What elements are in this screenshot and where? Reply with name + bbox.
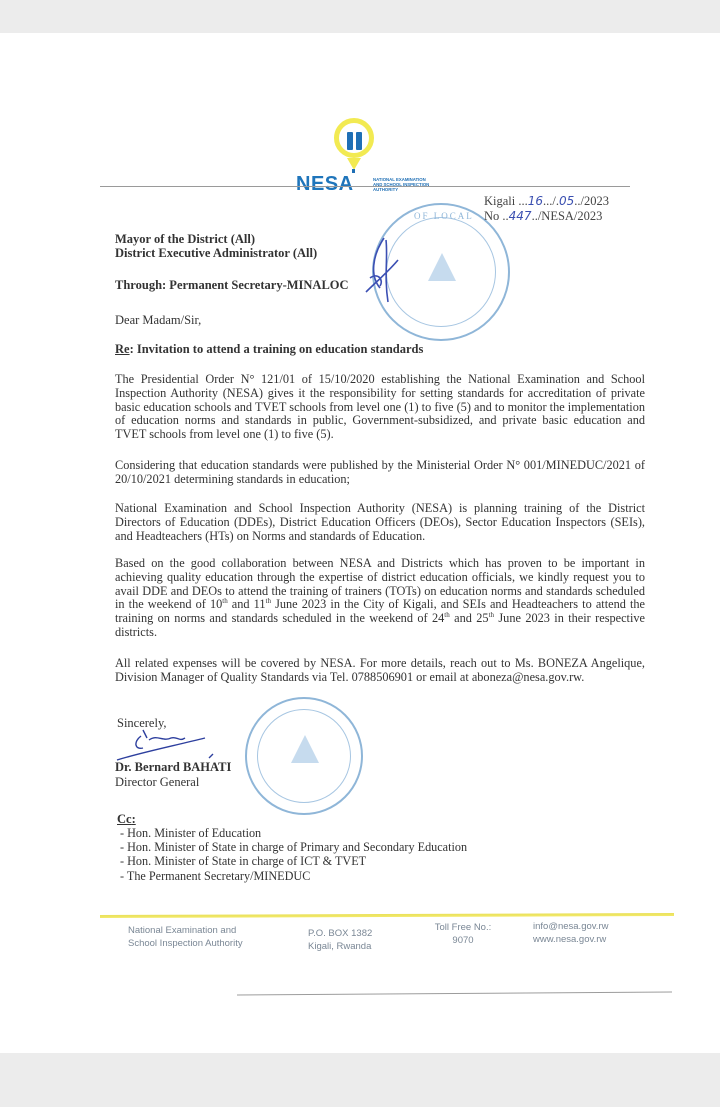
place-label: Kigali ... [484, 194, 528, 208]
cc-label-text: Cc [117, 812, 132, 826]
logo-subtitle: NATIONAL EXAMINATION AND SCHOOL INSPECTI… [373, 177, 443, 192]
addressee-line: Mayor of the District (All) [115, 232, 317, 246]
through-line: Through: Permanent Secretary-MINALOC [115, 278, 349, 293]
footer-email-link[interactable]: info@nesa.gov.rw [533, 920, 608, 933]
footer-line: Kigali, Rwanda [308, 940, 372, 953]
signer-name: Dr. Bernard BAHATI [115, 760, 231, 775]
cc-item: Hon. Minister of State in charge of Prim… [120, 840, 467, 854]
handwritten-day: 16 [528, 194, 543, 208]
year-label: ../2023 [574, 194, 609, 208]
footer-organization: National Examination and School Inspecti… [128, 924, 243, 950]
handwritten-number: 447 [509, 209, 532, 223]
initials-signature-icon [362, 236, 402, 306]
reference-number: No ..447../NESA/2023 [484, 209, 602, 223]
logo-bar-right [356, 132, 362, 150]
footer-website-link[interactable]: www.nesa.gov.rw [533, 933, 608, 946]
logo-bar-left [347, 132, 353, 150]
nesa-logo: NESA NATIONAL EXAMINATION AND SCHOOL INS… [296, 118, 436, 196]
paragraph-contact: All related expenses will be covered by … [115, 657, 645, 685]
addressee-line: District Executive Administrator (All) [115, 246, 317, 260]
signer-title: Director General [115, 775, 199, 790]
cc-label: Cc: [117, 812, 136, 827]
nesa-stamp [245, 697, 363, 815]
paragraph-presidential-order: The Presidential Order N° 121/01 of 15/1… [115, 373, 645, 442]
paragraph-request: Based on the good collaboration between … [115, 557, 645, 640]
cc-label-colon: : [132, 812, 136, 826]
footer-line: National Examination and [128, 924, 243, 937]
logo-wordmark: NESA [296, 174, 354, 194]
cc-item: The Permanent Secretary/MINEDUC [120, 869, 467, 883]
handwritten-signature-icon [113, 728, 243, 764]
footer-line: School Inspection Authority [128, 937, 243, 950]
footer-line: P.O. BOX 1382 [308, 927, 372, 940]
paragraph-training-plan: National Examination and School Inspecti… [115, 502, 645, 543]
number-suffix: ../NESA/2023 [532, 209, 603, 223]
logo-subtitle-line: AUTHORITY [373, 187, 443, 192]
date-separator: .../. [543, 194, 559, 208]
header-divider [100, 186, 630, 187]
subject-text: : Invitation to attend a training on edu… [130, 342, 424, 356]
cc-item: Hon. Minister of Education [120, 826, 467, 840]
salutation: Dear Madam/Sir, [115, 313, 201, 328]
cc-item: Hon. Minister of State in charge of ICT … [120, 854, 467, 868]
paragraph-ministerial-order: Considering that education standards wer… [115, 459, 645, 487]
number-label: No .. [484, 209, 509, 223]
text-run: and 11 [228, 597, 266, 611]
footer-tollfree: Toll Free No.: 9070 [428, 921, 498, 947]
subject-prefix: Re [115, 342, 130, 356]
stamp-emblem-icon [428, 253, 456, 281]
footer-line: Toll Free No.: [428, 921, 498, 934]
footer-line: 9070 [428, 934, 498, 947]
footer-contact: info@nesa.gov.rw www.nesa.gov.rw [533, 920, 608, 946]
pencil-ring-icon [334, 118, 374, 158]
cc-list: Hon. Minister of Education Hon. Minister… [120, 826, 467, 883]
handwritten-month: 05 [559, 194, 574, 208]
footer-postal: P.O. BOX 1382 Kigali, Rwanda [308, 927, 372, 953]
stamp-text: OF LOCAL [414, 211, 474, 221]
subject-line: Re: Invitation to attend a training on e… [115, 342, 423, 357]
addressee-block: Mayor of the District (All) District Exe… [115, 232, 317, 260]
stamp-emblem-icon [291, 735, 319, 763]
text-run: and 25 [450, 611, 489, 625]
reference-date: Kigali ...16.../.05../2023 [484, 194, 609, 208]
